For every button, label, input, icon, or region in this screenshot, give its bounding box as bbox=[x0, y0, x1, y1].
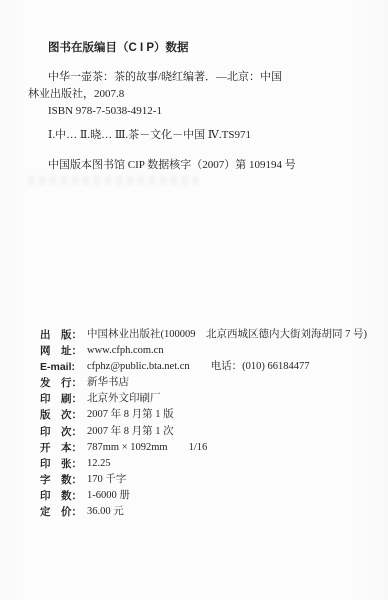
colophon-value: 2007 年 8 月第 1 版 bbox=[87, 407, 174, 423]
colophon-value: 12.25 bbox=[87, 456, 111, 472]
colophon-row-distributor: 发 行： 新华书店 bbox=[40, 375, 382, 391]
colophon-value: 1-6000 册 bbox=[87, 488, 130, 504]
scan-bleed-artifact bbox=[28, 176, 198, 185]
colophon-row-website: 网 址： www.cfph.com.cn bbox=[40, 343, 382, 359]
classification-line: Ⅰ.中… Ⅱ.晓… Ⅲ.茶－文化－中国 Ⅳ.TS971 bbox=[28, 127, 370, 144]
colophon-label: 印 张： bbox=[40, 456, 87, 472]
colophon-row-email: E-mail: cfphz@public.bta.net.cn 电话：(010)… bbox=[40, 359, 382, 375]
colophon-value: 中国林业出版社(100009 北京西城区德内大街刘海胡同 7 号) bbox=[87, 327, 367, 343]
isbn-line: ISBN 978-7-5038-4912-1 bbox=[28, 103, 370, 120]
colophon-label: 网 址： bbox=[40, 343, 87, 359]
colophon-value: 新华书店 bbox=[87, 375, 129, 391]
colophon-row-publisher: 出 版： 中国林业出版社(100009 北京西城区德内大街刘海胡同 7 号) bbox=[40, 327, 382, 343]
colophon-block: 出 版： 中国林业出版社(100009 北京西城区德内大街刘海胡同 7 号) 网… bbox=[40, 327, 382, 520]
colophon-label: 字 数： bbox=[40, 472, 87, 488]
cip-data-block: 图书在版编目（C I P）数据 中华一壶茶：茶的故事/晓红编著．—北京：中国 林… bbox=[28, 40, 370, 174]
colophon-label: 发 行： bbox=[40, 375, 87, 391]
colophon-label: 印 数： bbox=[40, 488, 87, 504]
cip-description-line-2: 林业出版社，2007.8 bbox=[28, 86, 370, 103]
colophon-label: 版 次： bbox=[40, 407, 87, 423]
colophon-row-wordcount: 字 数： 170 千字 bbox=[40, 472, 382, 488]
colophon-label: 出 版： bbox=[40, 327, 87, 343]
colophon-value: 787mm × 1092mm 1/16 bbox=[87, 440, 207, 456]
colophon-row-edition: 版 次： 2007 年 8 月第 1 版 bbox=[40, 407, 382, 423]
colophon-row-impression: 印 次： 2007 年 8 月第 1 次 bbox=[40, 424, 382, 440]
colophon-row-printrun: 印 数： 1-6000 册 bbox=[40, 488, 382, 504]
colophon-value: 北京外文印刷厂 bbox=[87, 391, 161, 407]
copyright-page: 图书在版编目（C I P）数据 中华一壶茶：茶的故事/晓红编著．—北京：中国 林… bbox=[0, 0, 388, 600]
colophon-label: 开 本： bbox=[40, 440, 87, 456]
colophon-label: 定 价： bbox=[40, 504, 87, 520]
cip-registration-line: 中国版本图书馆 CIP 数据核字（2007）第 109194 号 bbox=[28, 157, 370, 174]
colophon-value: 2007 年 8 月第 1 次 bbox=[87, 424, 174, 440]
colophon-row-format: 开 本： 787mm × 1092mm 1/16 bbox=[40, 440, 382, 456]
colophon-row-price: 定 价： 36.00 元 bbox=[40, 504, 382, 520]
colophon-value: www.cfph.com.cn bbox=[87, 343, 164, 359]
cip-description-line-1: 中华一壶茶：茶的故事/晓红编著．—北京：中国 bbox=[28, 69, 370, 86]
colophon-label: E-mail: bbox=[40, 359, 87, 375]
colophon-row-printer: 印 刷： 北京外文印刷厂 bbox=[40, 391, 382, 407]
colophon-row-sheets: 印 张： 12.25 bbox=[40, 456, 382, 472]
colophon-value: cfphz@public.bta.net.cn 电话：(010) 6618447… bbox=[87, 359, 310, 375]
colophon-value: 170 千字 bbox=[87, 472, 126, 488]
colophon-label: 印 刷： bbox=[40, 391, 87, 407]
colophon-label: 印 次： bbox=[40, 424, 87, 440]
colophon-value: 36.00 元 bbox=[87, 504, 124, 520]
cip-heading: 图书在版编目（C I P）数据 bbox=[28, 40, 370, 57]
